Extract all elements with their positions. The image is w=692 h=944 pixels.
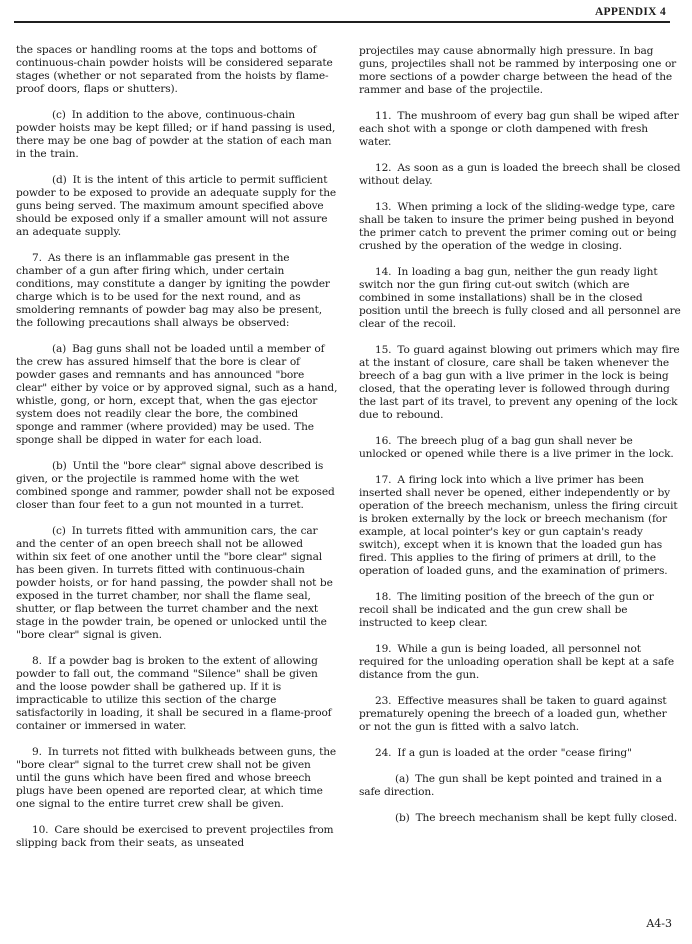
paragraph-label: (a): [52, 343, 66, 355]
paragraph-label: 7.: [32, 252, 42, 264]
paragraph-label: (b): [52, 460, 67, 472]
paragraph-11: 11.The mushroom of every bag gun shall b…: [359, 110, 681, 149]
paragraph-7c: (c)In turrets fitted with ammunition car…: [16, 525, 338, 642]
header-rule: [14, 21, 670, 23]
paragraph-label: 11.: [375, 110, 391, 122]
paragraph-label: (d): [52, 174, 67, 186]
paragraph-9: 9.In turrets not fitted with bulkheads b…: [16, 746, 338, 811]
paragraph-18: 18.The limiting position of the breech o…: [359, 591, 681, 630]
paragraph-7a: (a)Bag guns shall not be loaded until a …: [16, 343, 338, 447]
paragraph-13: 13.When priming a lock of the sliding-we…: [359, 201, 681, 253]
paragraph-label: 15.: [375, 344, 391, 356]
right-column: projectiles may cause abnormally high pr…: [359, 45, 681, 838]
paragraph-24b: (b)The breech mechanism shall be kept fu…: [359, 812, 681, 825]
page-number: A4-3: [646, 917, 672, 930]
appendix-title: APPENDIX 4: [595, 6, 666, 18]
paragraph-6d: (d)It is the intent of this article to p…: [16, 174, 338, 239]
paragraph-7: 7.As there is an inflammable gas present…: [16, 252, 338, 330]
paragraph-24a: (a)The gun shall be kept pointed and tra…: [359, 773, 681, 799]
paragraph-label: 13.: [375, 201, 391, 213]
page-header: APPENDIX 4: [14, 0, 678, 23]
paragraph-label: 16.: [375, 435, 391, 447]
paragraph-label: 12.: [375, 162, 391, 174]
paragraph-label: 14.: [375, 266, 391, 278]
paragraph-12: 12.As soon as a gun is loaded the breech…: [359, 162, 681, 188]
paragraph-label: (a): [395, 773, 409, 785]
paragraph-6c: (c)In addition to the above, continuous-…: [16, 109, 338, 161]
paragraph-label: (c): [52, 525, 66, 537]
paragraph-label: 19.: [375, 643, 391, 655]
paragraph-continued: projectiles may cause abnormally high pr…: [359, 45, 681, 97]
paragraph-continued: the spaces or handling rooms at the tops…: [16, 44, 338, 96]
paragraph-label: 9.: [32, 746, 42, 758]
paragraph-8: 8.If a powder bag is broken to the exten…: [16, 655, 338, 733]
paragraph-label: 10.: [32, 824, 48, 836]
paragraph-23: 23.Effective measures shall be taken to …: [359, 695, 681, 734]
paragraph-label: 23.: [375, 695, 391, 707]
left-column: the spaces or handling rooms at the tops…: [16, 44, 338, 863]
paragraph-10: 10.Care should be exercised to prevent p…: [16, 824, 338, 850]
paragraph-19: 19.While a gun is being loaded, all pers…: [359, 643, 681, 682]
paragraph-label: 24.: [375, 747, 391, 759]
paragraph-label: 17.: [375, 474, 391, 486]
paragraph-14: 14.In loading a bag gun, neither the gun…: [359, 266, 681, 331]
paragraph-15: 15.To guard against blowing out primers …: [359, 344, 681, 422]
paragraph-label: (b): [395, 812, 410, 824]
paragraph-label: (c): [52, 109, 66, 121]
paragraph-7b: (b)Until the "bore clear" signal above d…: [16, 460, 338, 512]
paragraph-17: 17.A firing lock into which a live prime…: [359, 474, 681, 578]
paragraph-24: 24.If a gun is loaded at the order "ceas…: [359, 747, 681, 760]
paragraph-16: 16.The breech plug of a bag gun shall ne…: [359, 435, 681, 461]
paragraph-label: 18.: [375, 591, 391, 603]
paragraph-label: 8.: [32, 655, 42, 667]
